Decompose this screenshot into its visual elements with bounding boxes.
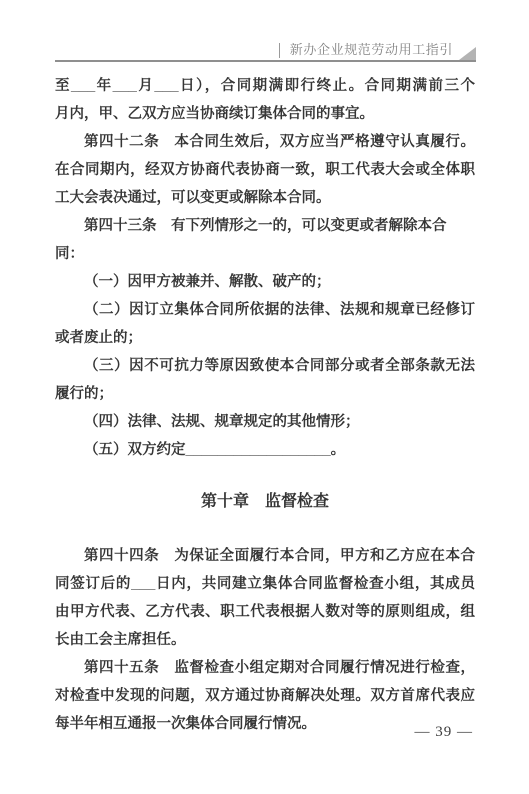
text-line: 第四十五条 监督检查小组定期对合同履行情况进行检查， <box>55 654 475 682</box>
header-triangle-icon <box>459 47 476 60</box>
text-line: 第四十三条 有下列情形之一的，可以变更或者解除本合同： <box>55 212 475 268</box>
text-line: 或者废止的； <box>55 324 475 352</box>
text-line: 至___年___月___日），合同期满即行终止。合同期满前三个 <box>55 72 475 100</box>
text-line: （四）法律、法规、规章规定的其他情形； <box>55 408 475 436</box>
text-line: （五）双方约定__________________。 <box>55 436 475 464</box>
document-body: 至___年___月___日），合同期满即行终止。合同期满前三个 月内，甲、乙双方… <box>55 72 475 738</box>
text-line: （一）因甲方被兼并、解散、破产的； <box>55 268 475 296</box>
text-line: 每半年相互通报一次集体合同履行情况。 <box>55 710 475 738</box>
text-line: 第四十二条 本合同生效后，双方应当严格遵守认真履行。 <box>55 128 475 156</box>
header-title: 新办企业规范劳动用工指引 <box>290 40 453 60</box>
text-line: 月内，甲、乙双方应当协商续订集体合同的事宜。 <box>55 100 475 128</box>
text-line: 第四十四条 为保证全面履行本合同，甲方和乙方应在本合 <box>55 542 475 570</box>
text-line: 工大会表决通过，可以变更或解除本合同。 <box>55 184 475 212</box>
text-line: （二）因订立集体合同所依据的法律、法规和规章已经修订 <box>55 296 475 324</box>
page-number: — 39 — <box>415 724 474 741</box>
text-line: 在合同期内，经双方协商代表协商一致，职工代表大会或全体职 <box>55 156 475 184</box>
text-line: 对检查中发现的问题，双方通过协商解决处理。双方首席代表应 <box>55 682 475 710</box>
text-line: 履行的； <box>55 380 475 408</box>
document-page: 新办企业规范劳动用工指引 至___年___月___日），合同期满即行终止。合同期… <box>0 0 529 794</box>
page-header: 新办企业规范劳动用工指引 <box>55 38 476 62</box>
text-line: 同签订后的___日内，共同建立集体合同监督检查小组，其成员 <box>55 570 475 598</box>
chapter-heading: 第十章 监督检查 <box>55 488 475 516</box>
text-line: 长由工会主席担任。 <box>55 626 475 654</box>
text-line: （三）因不可抗力等原因致使本合同部分或者全部条款无法 <box>55 352 475 380</box>
header-separator <box>279 43 280 58</box>
text-line: 由甲方代表、乙方代表、职工代表根据人数对等的原则组成，组 <box>55 598 475 626</box>
